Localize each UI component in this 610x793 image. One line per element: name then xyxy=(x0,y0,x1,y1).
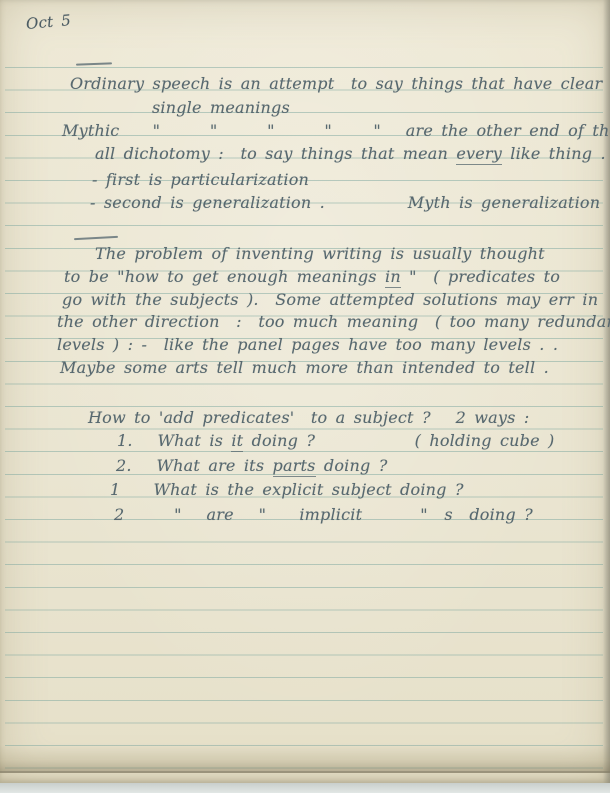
notebook-paper: Oct 5 Ordinary speech is an attempt to s… xyxy=(0,0,610,783)
handwritten-line-17: 2 " are " implicit " s doing ? xyxy=(114,505,533,525)
line-4-underlined-word: every xyxy=(456,144,502,165)
handwritten-line-15: 2. What are its parts doing ? xyxy=(116,456,387,476)
handwritten-line-9: go with the subjects ). Some attempted s… xyxy=(62,290,598,310)
line-8-underlined-word: in xyxy=(385,267,401,288)
line-8-segment: to be "how to get enough meanings xyxy=(64,267,385,286)
handwritten-line-8: to be "how to get enough meanings in " (… xyxy=(64,267,560,287)
line-14-underlined-word: it xyxy=(231,431,243,452)
handwritten-line-14: 1. What is it doing ? ( holding cube ) xyxy=(117,431,555,451)
handwritten-line-3: Mythic " " " " " are the other end of th… xyxy=(62,121,610,141)
handwritten-line-7: The problem of inventing writing is usua… xyxy=(95,244,545,264)
line-14-segment: 1. What is xyxy=(117,431,231,450)
handwritten-line-4: all dichotomy : to say things that mean … xyxy=(95,144,606,164)
handwritten-line-12: Maybe some arts tell much more than inte… xyxy=(60,358,549,378)
line-14-segment: doing ? ( holding cube ) xyxy=(243,431,554,450)
handwritten-line-10: the other direction : too much meaning (… xyxy=(57,312,610,332)
section-dash-1 xyxy=(76,62,112,65)
handwritten-line-16: 1 What is the explicit subject doing ? xyxy=(110,480,464,500)
handwritten-line-5: - first is particularization xyxy=(92,170,309,190)
line-15-underlined-word: parts xyxy=(273,456,316,477)
line-8-segment: " ( predicates to xyxy=(401,267,560,286)
handwritten-line-1: Ordinary speech is an attempt to say thi… xyxy=(70,74,602,94)
handwritten-line-13: How to 'add predicates' to a subject ? 2… xyxy=(88,408,529,428)
line-4-segment: like thing . xyxy=(502,144,606,163)
date-annotation: Oct 5 xyxy=(25,10,72,34)
handwritten-line-11: levels ) : - like the panel pages have t… xyxy=(57,335,558,355)
line-15-segment: doing ? xyxy=(316,456,388,475)
handwritten-line-2: single meanings xyxy=(152,98,290,118)
line-15-segment: 2. What are its xyxy=(116,456,273,475)
paper-bottom-edge xyxy=(0,745,610,773)
handwritten-line-6: - second is generalization . Myth is gen… xyxy=(90,193,600,213)
line-4-segment: all dichotomy : to say things that mean xyxy=(95,144,456,163)
scanner-background xyxy=(0,783,610,793)
paper-right-edge-shadow xyxy=(603,0,610,783)
